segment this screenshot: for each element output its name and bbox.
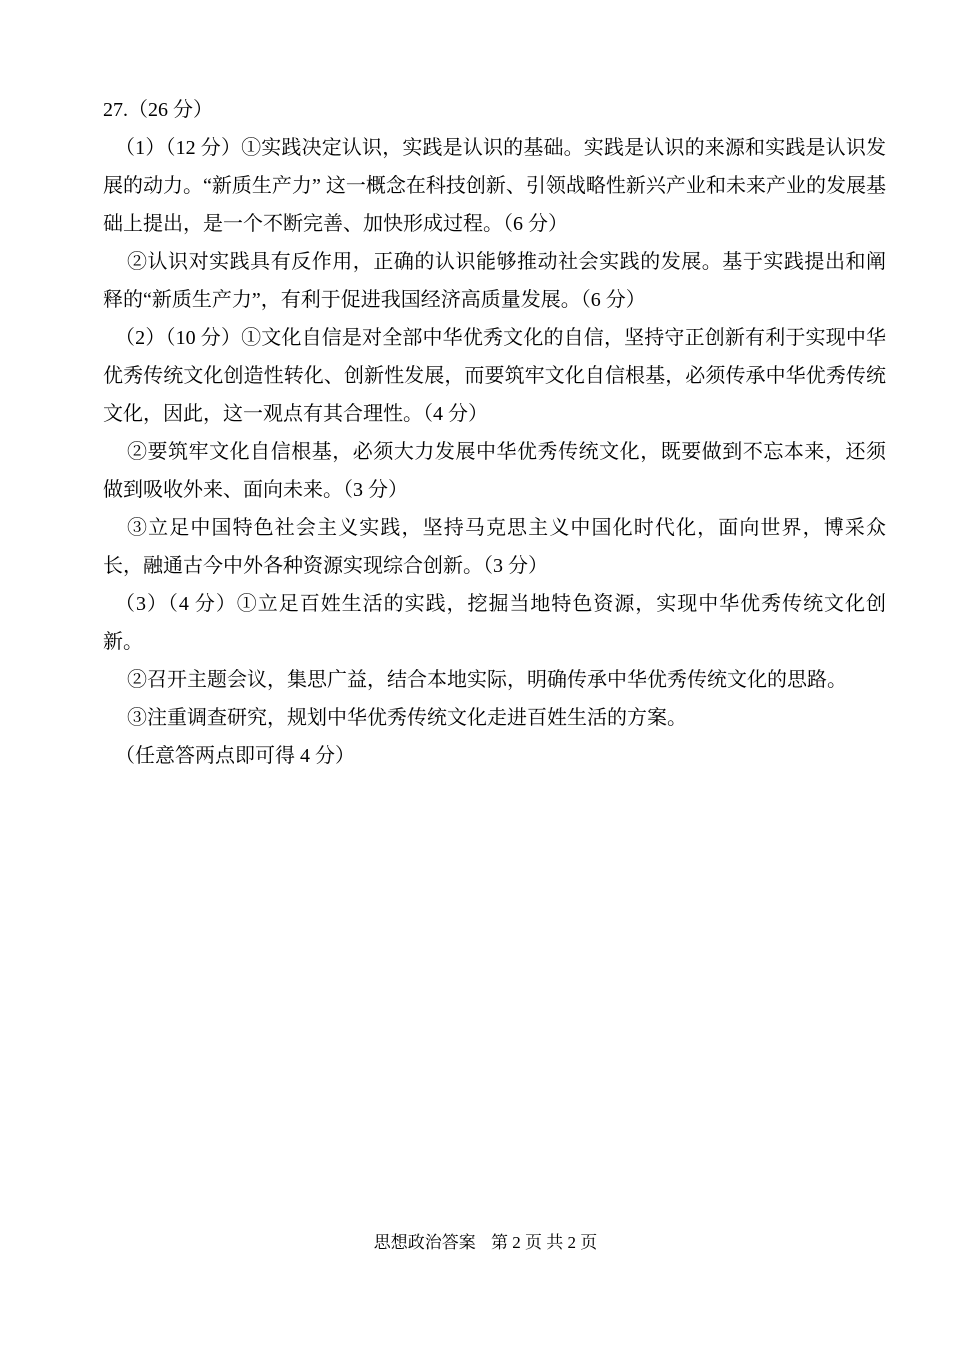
page-footer: 思想政治答案第 2 页 共 2 页 [0,1231,971,1255]
answer-paragraph: （1）（12 分）①实践决定认识，实践是认识的基础。实践是认识的来源和实践是认识… [103,129,886,243]
answer-content: 27.（26 分） （1）（12 分）①实践决定认识，实践是认识的基础。实践是认… [103,91,886,775]
answer-paragraphs: （1）（12 分）①实践决定认识，实践是认识的基础。实践是认识的来源和实践是认识… [103,129,886,775]
answer-paragraph: ③注重调查研究，规划中华优秀传统文化走进百姓生活的方案。 [103,699,886,737]
question-number-heading: 27.（26 分） [103,91,886,129]
answer-paragraph: ②召开主题会议，集思广益，结合本地实际，明确传承中华优秀传统文化的思路。 [103,661,886,699]
answer-paragraph: ②认识对实践具有反作用，正确的认识能够推动社会实践的发展。基于实践提出和阐释的“… [103,243,886,319]
footer-page-indicator: 第 2 页 共 2 页 [491,1233,597,1252]
answer-sheet-page: 27.（26 分） （1）（12 分）①实践决定认识，实践是认识的基础。实践是认… [0,0,971,1365]
answer-paragraph: （任意答两点即可得 4 分） [103,737,886,775]
answer-paragraph: （2）（10 分）①文化自信是对全部中华优秀文化的自信，坚持守正创新有利于实现中… [103,319,886,433]
answer-paragraph: ③立足中国特色社会主义实践，坚持马克思主义中国化时代化，面向世界，博采众长，融通… [103,509,886,585]
answer-paragraph: ②要筑牢文化自信根基，必须大力发展中华优秀传统文化，既要做到不忘本来，还须做到吸… [103,433,886,509]
answer-paragraph: （3）（4 分）①立足百姓生活的实践，挖掘当地特色资源，实现中华优秀传统文化创新… [103,585,886,661]
footer-doc-title: 思想政治答案 [374,1233,476,1252]
